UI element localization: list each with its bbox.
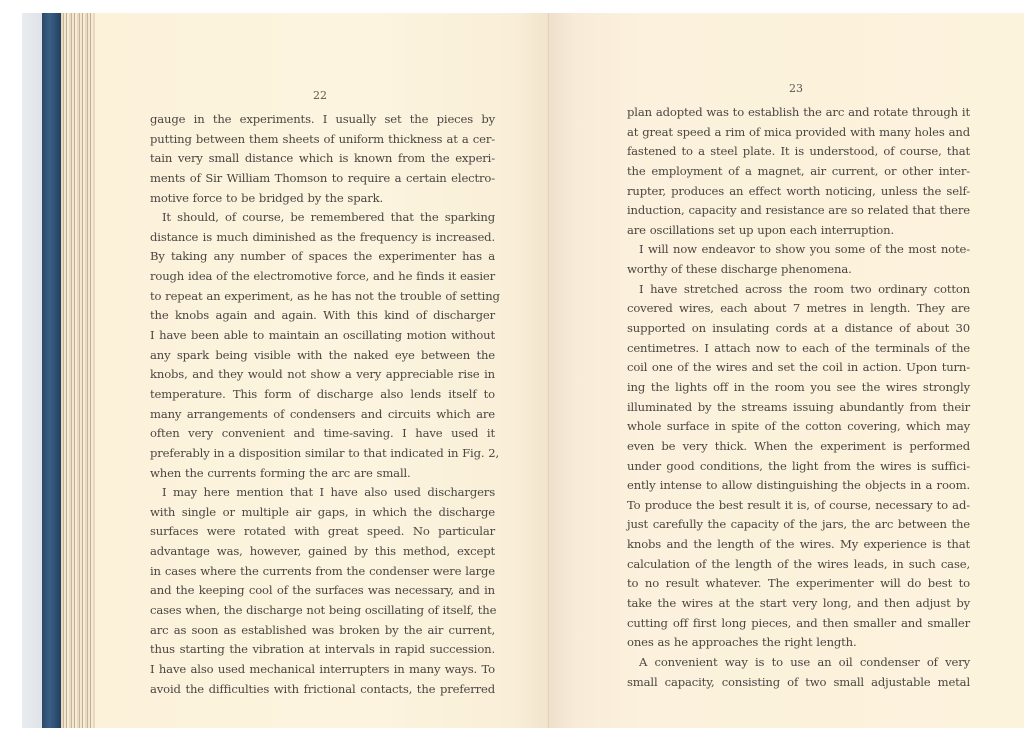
text-line: tain very small distance which is known … <box>150 149 495 169</box>
text-line: just carefully the capacity of the jars,… <box>627 515 970 535</box>
text-line: preferably in a disposition similar to t… <box>150 444 495 464</box>
text-line: at great speed a rim of mica provided wi… <box>627 123 970 143</box>
text-line: supported on insulating cords at a dista… <box>627 319 970 339</box>
text-line: under good conditions, the light from th… <box>627 457 970 477</box>
text-line: covered wires, each about 7 metres in le… <box>627 299 970 319</box>
text-line: temperature. This form of discharge also… <box>150 385 495 405</box>
text-line: with single or multiple air gaps, in whi… <box>150 503 495 523</box>
text-line: ently intense to allow distinguishing th… <box>627 476 970 496</box>
text-line: distance is much diminished as the frequ… <box>150 228 495 248</box>
text-line: arc as soon as established was broken by… <box>150 621 495 641</box>
text-line: gauge in the experiments. I usually set … <box>150 110 495 130</box>
text-line: cases when, the discharge not being osci… <box>150 601 495 621</box>
text-line: knobs and the length of the wires. My ex… <box>627 535 970 555</box>
text-line: many arrangements of condensers and circ… <box>150 405 495 425</box>
text-line: rupter, produces an effect worth noticin… <box>627 182 970 202</box>
text-line: illuminated by the streams issuing abund… <box>627 398 970 418</box>
text-line: even be very thick. When the experiment … <box>627 437 970 457</box>
page-number-left: 22 <box>300 89 340 102</box>
text-line: I may here mention that I have also used… <box>150 483 495 503</box>
text-line: to repeat an experiment, as he has not t… <box>150 287 495 307</box>
text-line: and the keeping cool of the surfaces was… <box>150 581 495 601</box>
text-line: to no result whatever. The experimenter … <box>627 574 970 594</box>
text-line: knobs, and they would not show a very ap… <box>150 365 495 385</box>
page-number-right: 23 <box>776 82 816 95</box>
text-line: the employment of a magnet, air current,… <box>627 162 970 182</box>
text-line: advantage was, however, gained by this m… <box>150 542 495 562</box>
text-line: thus starting the vibration at intervals… <box>150 640 495 660</box>
text-line: I have been able to maintain an oscillat… <box>150 326 495 346</box>
text-line: cutting off first long pieces, and then … <box>627 614 970 634</box>
text-line: ments of Sir William Thomson to require … <box>150 169 495 189</box>
text-line: are oscillations set up upon each interr… <box>627 221 970 241</box>
text-line: A convenient way is to use an oil conden… <box>627 653 970 673</box>
text-line: in cases where the currents from the con… <box>150 562 495 582</box>
text-line: small capacity, consisting of two small … <box>627 673 970 693</box>
scanner-bed-edge <box>22 13 42 728</box>
text-line: By taking any number of spaces the exper… <box>150 247 495 267</box>
text-line: rough idea of the electromotive force, a… <box>150 267 495 287</box>
text-line: coil one of the wires and set the coil i… <box>627 358 970 378</box>
page-edges <box>61 13 95 728</box>
book-spine <box>42 13 61 728</box>
text-line: worthy of these discharge phenomena. <box>627 260 970 280</box>
right-page-text: plan adopted was to establish the arc an… <box>627 103 970 692</box>
text-line: take the wires at the start very long, a… <box>627 594 970 614</box>
text-line: any spark being visible with the naked e… <box>150 346 495 366</box>
text-line: ing the lights off in the room you see t… <box>627 378 970 398</box>
text-line: I have stretched across the room two ord… <box>627 280 970 300</box>
text-line: To produce the best result it is, of cou… <box>627 496 970 516</box>
text-line: whole surface in spite of the cotton cov… <box>627 417 970 437</box>
text-line: I have also used mechanical interrupters… <box>150 660 495 680</box>
text-line: plan adopted was to establish the arc an… <box>627 103 970 123</box>
text-line: when the currents forming the arc are sm… <box>150 464 495 484</box>
text-line: often very convenient and time-saving. I… <box>150 424 495 444</box>
text-line: calculation of the length of the wires l… <box>627 555 970 575</box>
text-line: putting between them sheets of uniform t… <box>150 130 495 150</box>
text-line: avoid the difficulties with frictional c… <box>150 680 495 700</box>
text-line: fastened to a steel plate. It is underst… <box>627 142 970 162</box>
text-line: centimetres. I attach now to each of the… <box>627 339 970 359</box>
text-line: It should, of course, be remembered that… <box>150 208 495 228</box>
left-page-text: gauge in the experiments. I usually set … <box>150 110 495 699</box>
gutter <box>548 13 549 728</box>
text-line: motive force to be bridged by the spark. <box>150 189 495 209</box>
text-line: I will now endeavor to show you some of … <box>627 240 970 260</box>
text-line: surfaces were rotated with great speed. … <box>150 522 495 542</box>
book-scan: 22 23 gauge in the experiments. I usuall… <box>0 0 1024 745</box>
text-line: induction, capacity and resistance are s… <box>627 201 970 221</box>
text-line: ones as he approaches the right length. <box>627 633 970 653</box>
text-line: the knobs again and again. With this kin… <box>150 306 495 326</box>
